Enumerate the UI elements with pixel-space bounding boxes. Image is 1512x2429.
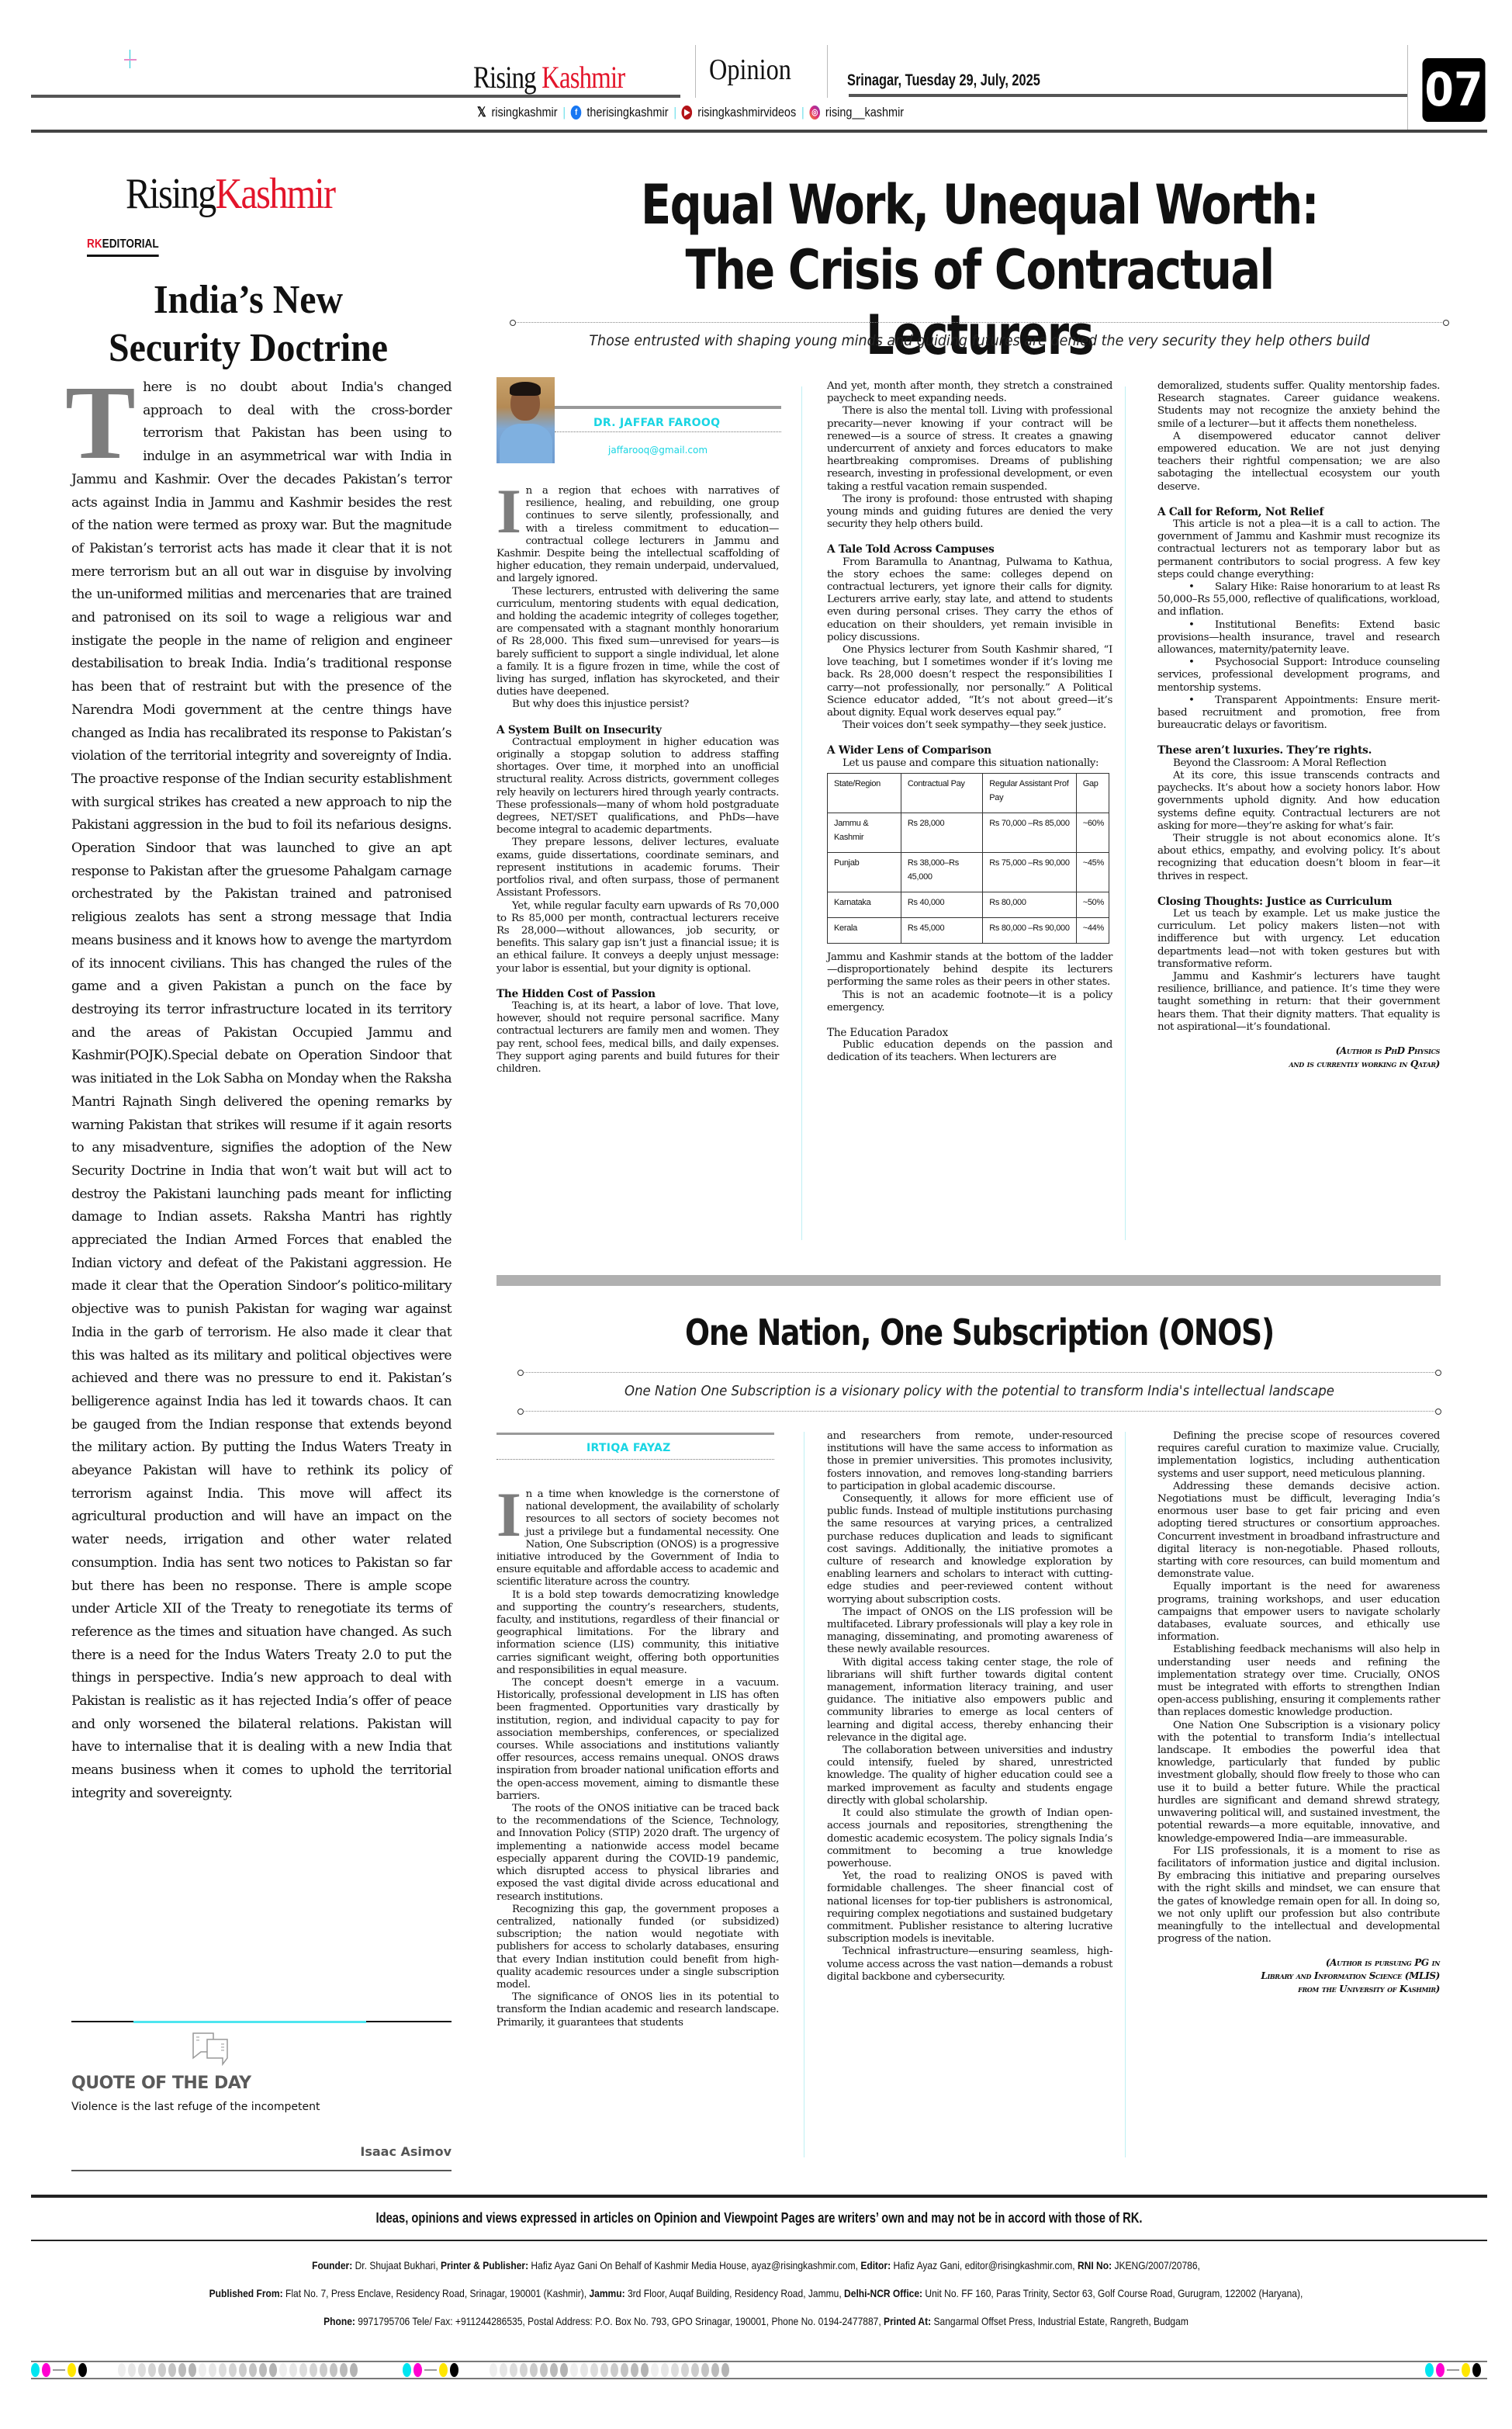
deck-rule — [520, 1411, 1439, 1415]
page-number: 07 — [1423, 58, 1486, 122]
masthead-rule — [31, 95, 680, 98]
author-name: IRTIQA FAYAZ — [586, 1442, 671, 1454]
article-column-3: Defining the precise scope of resources … — [1157, 1430, 1440, 1996]
column-separator — [1125, 386, 1126, 1240]
instagram-icon: ◎ — [810, 106, 821, 120]
x-icon: 𝕏 — [477, 106, 486, 120]
byline-rule — [555, 406, 781, 409]
social-handle-youtube[interactable]: risingkashmirvideos — [697, 105, 796, 120]
author-photo — [497, 377, 555, 463]
youtube-icon: ▶ — [682, 106, 693, 120]
masthead-rule — [849, 94, 1407, 97]
subheading: The Hidden Cost of Passion — [497, 988, 779, 1000]
author-name: DR. JAFFAR FAROOQ — [593, 417, 720, 429]
subheading: A System Built on Insecurity — [497, 724, 779, 736]
social-handle-x[interactable]: risingkashmir — [491, 105, 557, 120]
masthead-divider — [1407, 45, 1408, 132]
byline-rule — [497, 1433, 774, 1435]
subheading: Closing Thoughts: Justice as Curriculum — [1157, 896, 1440, 908]
list-item: Transparent Appointments: Ensure merit-b… — [1157, 695, 1440, 733]
registration-crop-mark — [124, 50, 137, 68]
imprint-line-2: Published From: Flat No. 7, Press Enclav… — [106, 2287, 1406, 2299]
separator: | — [673, 105, 676, 120]
dropcap: T — [65, 379, 135, 466]
editorial-logo: RisingKashmir — [126, 169, 334, 219]
column-separator — [801, 386, 802, 1240]
print-color-bar — [31, 2361, 1487, 2379]
section-divider-bar — [497, 1275, 1441, 1286]
author-email[interactable]: jaffarooq@gmail.com — [608, 445, 708, 456]
byline-dots — [555, 431, 781, 432]
article-column-1: In a time when knowledge is the cornerst… — [497, 1488, 779, 2029]
subheading: A Wider Lens of Comparison — [827, 744, 1112, 757]
article-title: One Nation, One Subscription (ONOS) — [596, 1312, 1362, 1353]
masthead-divider — [827, 45, 828, 98]
dateline: Srinagar, Tuesday 29, July, 2025 — [847, 71, 1040, 90]
byline-dots — [497, 1459, 774, 1460]
separator: | — [801, 105, 804, 120]
imprint-line-3: Phone: 9971795706 Tele/ Fax: +9112442865… — [106, 2315, 1406, 2327]
pay-comparison-table: State/Region Contractual Pay Regular Ass… — [827, 773, 1109, 944]
quote-rule — [71, 2170, 452, 2171]
separator: | — [562, 105, 566, 120]
section-label: Opinion — [709, 53, 791, 87]
masthead-divider — [695, 45, 696, 98]
dropcap: I — [497, 487, 521, 536]
article-column-2: And yet, month after month, they stretch… — [827, 380, 1112, 1065]
author-attribution: (Author is PhD Physics and is currently … — [1157, 1045, 1440, 1071]
imprint-line-1: Founder: Dr. Shujaat Bukhari, Printer & … — [106, 2259, 1406, 2271]
deck-rule — [512, 322, 1447, 327]
list-item: Psychosocial Support: Introduce counseli… — [1157, 657, 1440, 695]
article-deck: Those entrusted with shaping young minds… — [549, 332, 1410, 349]
editorial-title: India’s New Security Doctrine — [92, 276, 406, 372]
list-item: Salary Hike: Raise honorarium to at leas… — [1157, 581, 1440, 619]
facebook-icon: f — [571, 106, 582, 120]
subheading: A Call for Reform, Not Relief — [1157, 506, 1440, 518]
article-column-3: demoralized, students suffer. Quality me… — [1157, 380, 1440, 1071]
subheading: The Education Paradox — [827, 1027, 1112, 1039]
subheading: A Tale Told Across Campuses — [827, 543, 1112, 556]
quote-text: Violence is the last refuge of the incom… — [71, 2101, 452, 2113]
article-column-2: and researchers from remote, under-resou… — [827, 1430, 1112, 1984]
table-row: Jammu & Kashmir Rs 28,000 Rs 70,000 –Rs … — [828, 813, 1109, 852]
quote-author: Isaac Asimov — [71, 2144, 452, 2159]
footer-rule — [31, 2240, 1487, 2241]
social-handle-facebook[interactable]: therisingkashmir — [586, 105, 668, 120]
author-attribution: (Author is pursuing PG in Library and In… — [1157, 1956, 1440, 1996]
masthead-bottom-rule — [31, 130, 1487, 133]
quote-rule-accent — [133, 2021, 366, 2023]
social-handle-instagram[interactable]: rising__kashmir — [825, 105, 904, 120]
deck-rule — [520, 1372, 1439, 1377]
subheading: These aren’t luxuries. They’re rights. — [1157, 744, 1440, 757]
dropcap: I — [497, 1490, 521, 1540]
column-separator — [1125, 1432, 1126, 2157]
masthead-brand: Rising Kashmir — [473, 59, 625, 95]
column-separator — [804, 1432, 804, 2157]
table-row: Kerala Rs 45,000 Rs 80,000 –Rs 90,000 ~4… — [828, 917, 1109, 943]
table-header-row: State/Region Contractual Pay Regular Ass… — [828, 773, 1109, 813]
table-row: Punjab Rs 38,000–Rs 45,000 Rs 75,000 –Rs… — [828, 852, 1109, 892]
quote-heading: QUOTE OF THE DAY — [71, 2074, 452, 2093]
list-item: Institutional Benefits: Extend basic pro… — [1157, 619, 1440, 657]
article-column-1: In a region that echoes with narratives … — [497, 485, 779, 1076]
disclaimer: Ideas, opinions and views expressed in a… — [162, 2210, 1356, 2226]
editorial-body: There is no doubt about India's changed … — [71, 376, 452, 1806]
table-row: Karnataka Rs 40,000 Rs 80,000 ~50% — [828, 892, 1109, 917]
article-deck: One Nation One Subscription is a visiona… — [549, 1383, 1410, 1399]
footer-rule — [31, 2195, 1487, 2198]
social-handles: 𝕏 risingkashmir | f therisingkashmir | ▶… — [477, 105, 904, 120]
speech-bubbles-icon — [192, 2032, 229, 2066]
editorial-tag: RKEDITORIAL — [87, 237, 159, 257]
quote-of-the-day: QUOTE OF THE DAY Violence is the last re… — [71, 2021, 452, 2171]
